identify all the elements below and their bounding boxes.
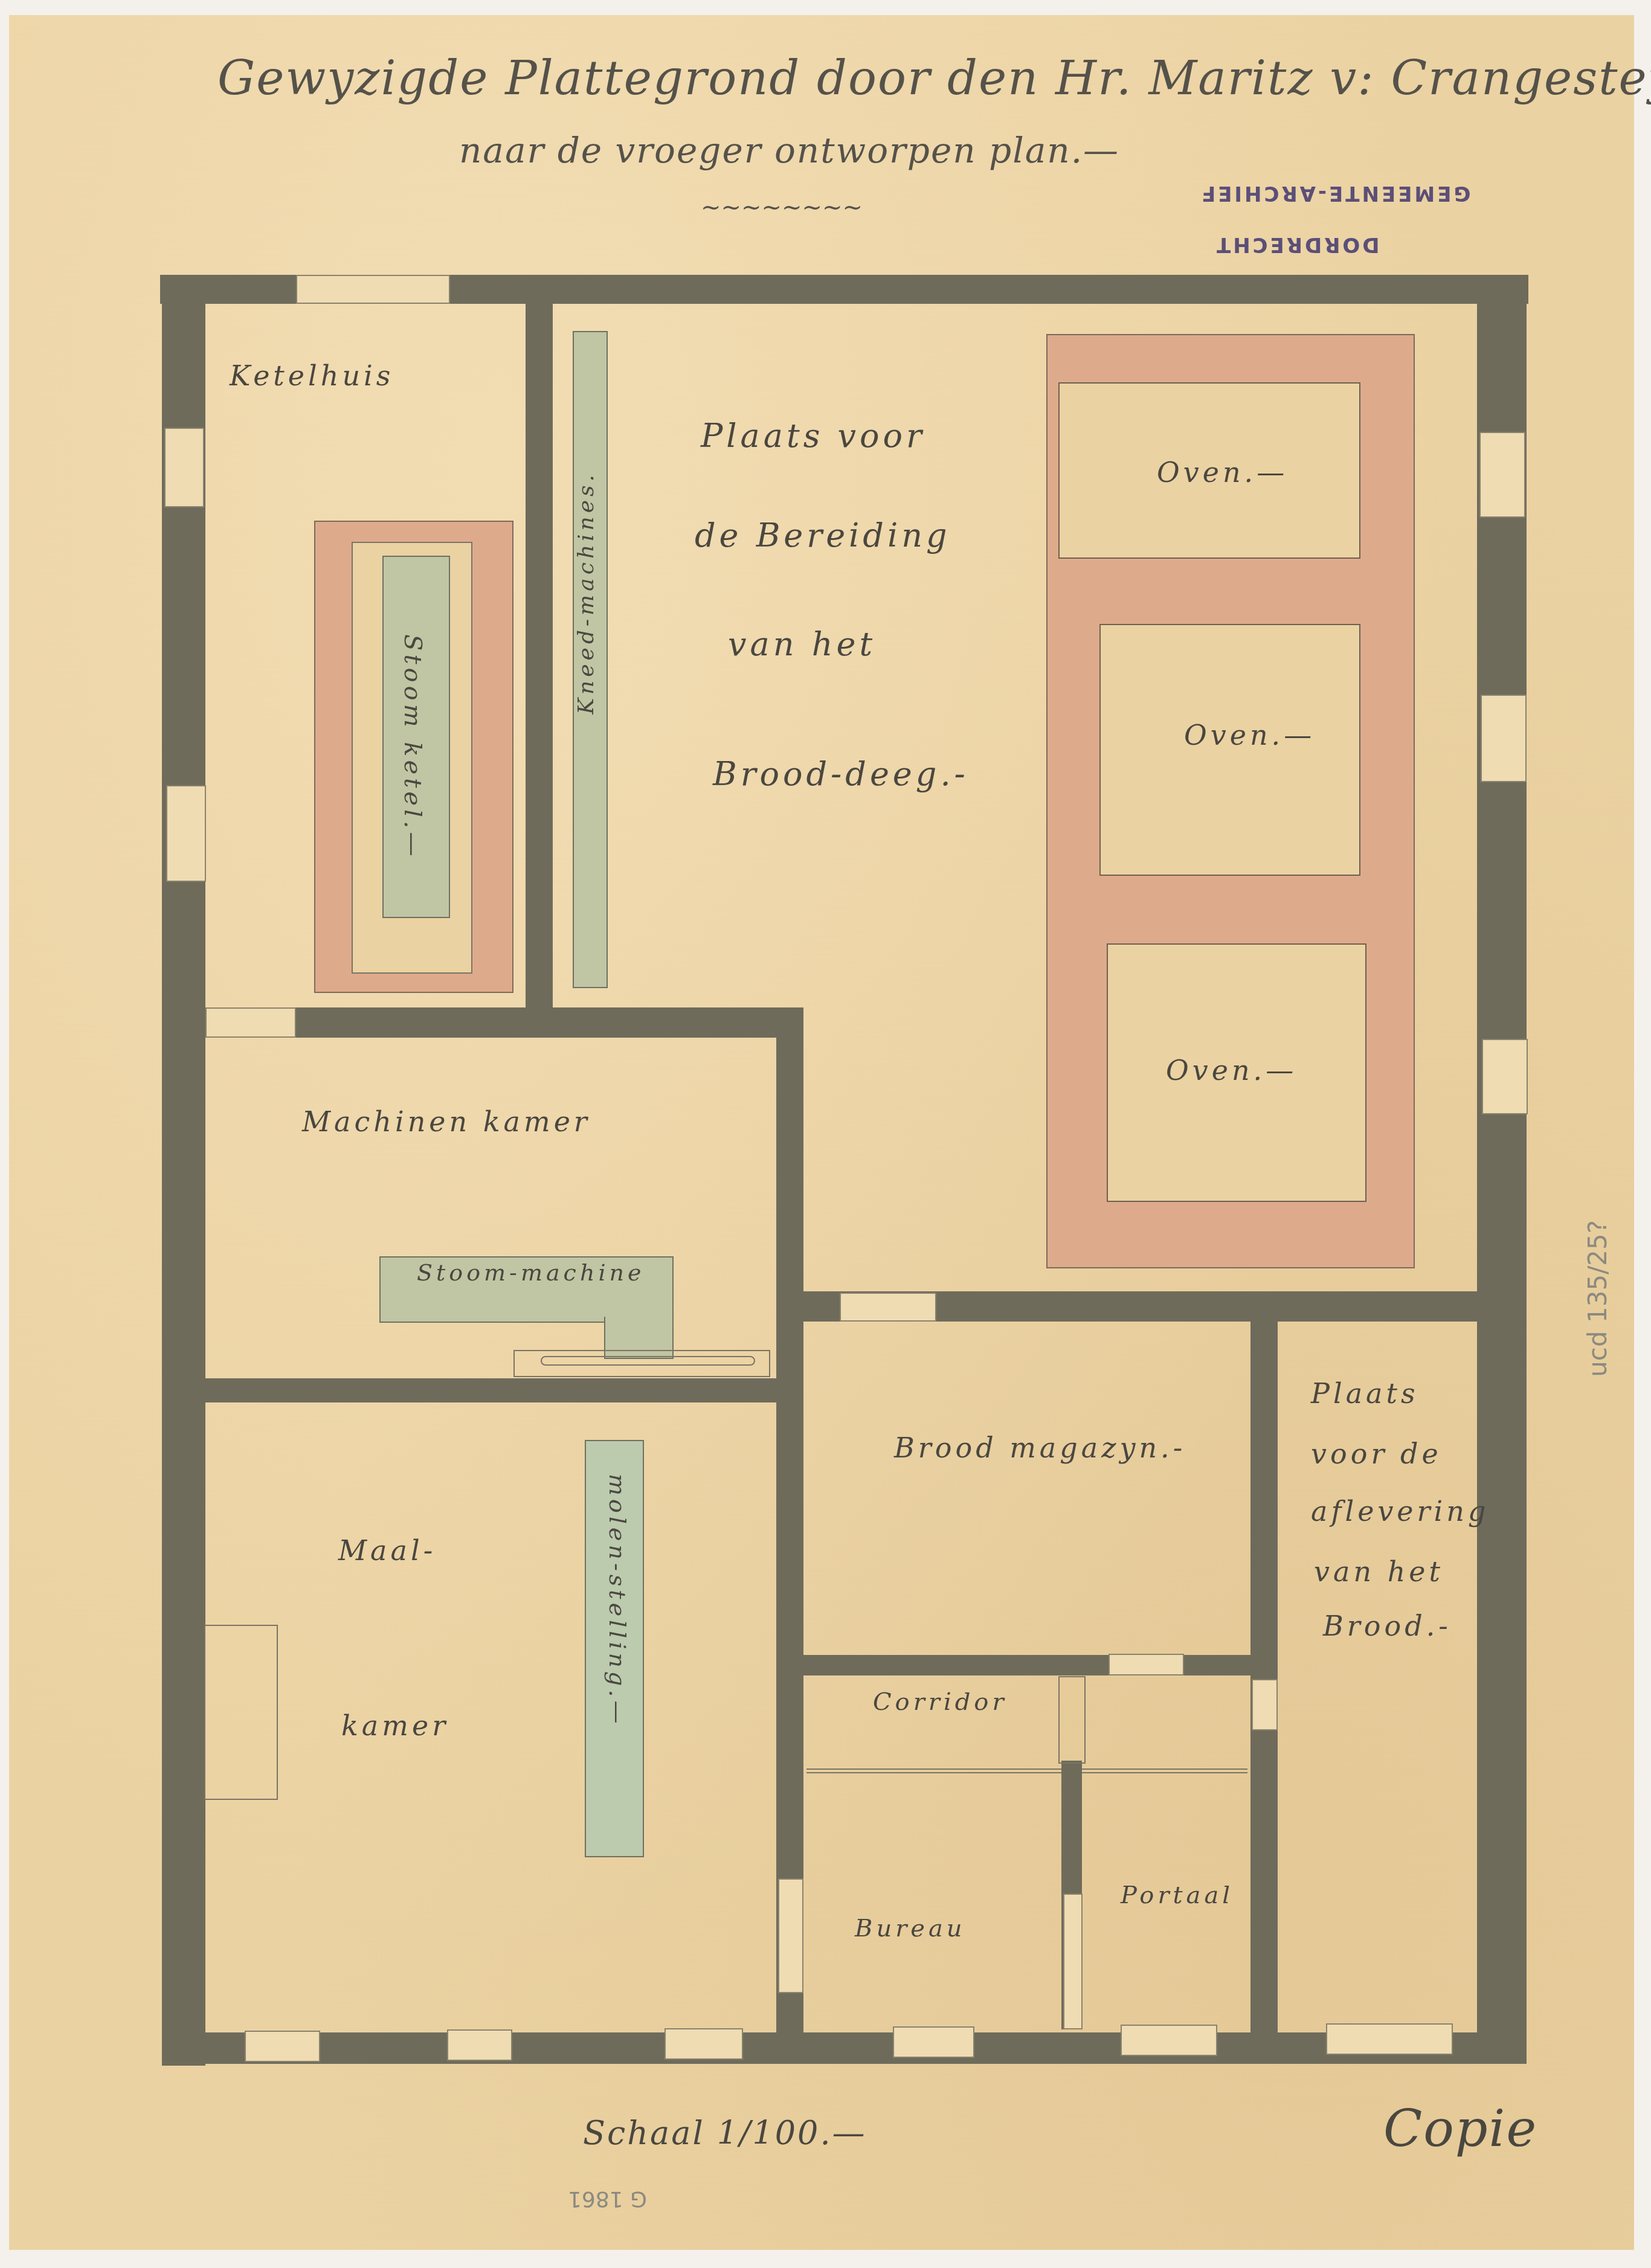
bereiding-line-2: de Bereiding (695, 516, 951, 554)
title-flourish: ~~~~~~~~ (701, 193, 863, 221)
ketelhuis-label: Ketelhuis (230, 359, 394, 392)
stoommachine-label: Stoom-machine (417, 1259, 645, 1286)
door-aflevering-corridor (1252, 1679, 1278, 1730)
aflevering-line-4: van het (1314, 1555, 1444, 1588)
portaal-label: Portaal (1121, 1881, 1234, 1909)
stoommachine-shaft (541, 1356, 755, 1366)
outer-wall-bottom (162, 2032, 1527, 2064)
maalkamer-recess (204, 1625, 278, 1800)
corridor-label: Corridor (873, 1688, 1008, 1716)
maalkamer-line-1: Maal- (338, 1534, 436, 1567)
kneedmachines-label: Kneed-machines. (574, 471, 599, 715)
bereiding-line-1: Plaats voor (701, 417, 925, 455)
corridor-partition-line (806, 1768, 1247, 1773)
copy-mark: Copie (1383, 2099, 1537, 2158)
window-right-3 (1482, 1039, 1528, 1114)
wall-ketelhuis-east (526, 302, 553, 1007)
document-title: Gewyzigde Plattegrond door den Hr. Marit… (217, 51, 1651, 106)
margin-pencil-note: ucd 135/25? (1583, 1220, 1612, 1377)
bereiding-line-3: van het (728, 625, 876, 663)
window-bottom-6 (1326, 2023, 1453, 2055)
window-bottom-3 (665, 2028, 743, 2060)
document-subtitle: naar de vroeger ontworpen plan.— (459, 130, 1119, 171)
broodmagazyn-label: Brood magazyn.- (894, 1431, 1186, 1464)
wall-machine-maal (202, 1378, 779, 1402)
door-maalkamer-bureau (778, 1878, 803, 1993)
outer-wall-right (1477, 275, 1527, 2063)
window-bottom-5 (1121, 2025, 1217, 2056)
scale-label: Schaal 1/100.— (583, 2114, 867, 2152)
machinekamer-label: Machinen kamer (302, 1105, 591, 1138)
archive-stamp-bottom: DORDRECHT (1214, 233, 1380, 257)
door-oven-room-south (840, 1293, 936, 1322)
aflevering-line-5: Brood.- (1323, 1610, 1452, 1642)
maalkamer-line-2: kamer (341, 1709, 449, 1742)
corridor-door-jamb (1058, 1676, 1086, 1764)
aflevering-line-1: Plaats (1311, 1377, 1419, 1410)
bottom-pencil-note: G 1861 (568, 2186, 647, 2211)
oven-2-label: Oven.— (1184, 719, 1315, 751)
door-magazyn-corridor (1109, 1654, 1184, 1675)
outer-wall-left (162, 275, 205, 2066)
bereiding-line-4: Brood-deeg.- (713, 755, 969, 793)
bureau-label: Bureau (855, 1915, 966, 1942)
wall-aflevering-west (1250, 1320, 1278, 2032)
window-left-1 (164, 428, 204, 507)
window-bottom-1 (245, 2031, 320, 2062)
window-left-2 (166, 785, 206, 882)
molenstelling-label: molen-stelling.— (604, 1474, 631, 1727)
window-bottom-2 (447, 2029, 512, 2061)
stoomketel-label: Stoom ketel.— (399, 634, 426, 859)
archive-stamp-top: GEMEENTE-ARCHIEF (1199, 181, 1470, 205)
window-top-ketelhuis (296, 275, 450, 304)
aflevering-line-3: aflevering (1311, 1495, 1489, 1528)
oven-1-label: Oven.— (1157, 456, 1288, 489)
aflevering-line-2: voor de (1311, 1438, 1442, 1470)
window-bottom-4 (893, 2026, 974, 2058)
window-right-2 (1481, 695, 1527, 782)
door-ketelhuis-south (205, 1007, 296, 1038)
door-bureau-portaal (1063, 1894, 1083, 2029)
window-right-1 (1479, 432, 1525, 518)
oven-3-label: Oven.— (1166, 1054, 1297, 1087)
